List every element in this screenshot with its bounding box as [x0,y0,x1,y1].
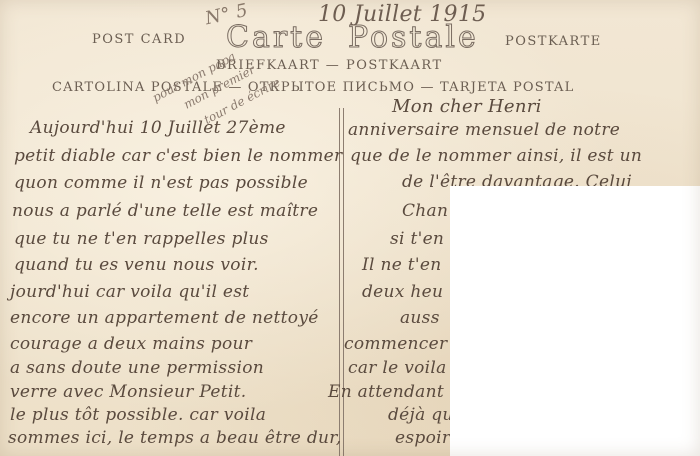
letter-line-right: Chan [402,201,448,221]
letter-line-right: car le voila [348,358,447,378]
date-annotation: 10 Juillet 1915 [318,2,486,27]
letter-line-right: anniversaire mensuel de notre [348,120,620,140]
letter-line-right: commencer [344,334,447,354]
letter-line-right: En attendant [328,382,444,402]
printed-multilingual-line: CARTOLINA POSTALE — ОТКРЫТОЕ ПИСЬМО — TA… [52,80,574,95]
letter-line: verre avec Monsieur Petit. [10,382,246,402]
white-cover-block [450,186,700,456]
letter-line: que tu ne t'en rappelles plus [14,229,269,249]
letter-greeting: Mon cher Henri [392,96,542,117]
letter-line: a sans doute une permission [10,358,264,378]
letter-line: Aujourd'hui 10 Juillet 27ème [30,118,286,138]
postcard-back: POST CARD Carte Postale POSTKARTE BRIEFK… [0,0,700,456]
letter-line: encore un appartement de nettoyé [10,308,319,328]
letter-line-right: si t'en [390,229,444,249]
letter-line-right: Il ne t'en [362,255,441,275]
letter-line: quon comme il n'est pas possible [14,173,308,193]
letter-line: petit diable car c'est bien le nommer [14,146,342,166]
letter-line-right: que de le nommer ainsi, il est un [350,146,642,166]
printed-postkarte: POSTKARTE [505,34,602,49]
letter-line-right: auss [400,308,440,328]
letter-line: courage a deux mains pour [10,334,252,354]
letter-line: sommes ici, le temps a beau être dur, [8,428,342,448]
letter-line: nous a parlé d'une telle est maître [12,201,318,221]
letter-line-right: espoir [395,428,450,448]
letter-line: quand tu es venu nous voir. [14,255,259,275]
printed-post-card: POST CARD [92,32,186,47]
letter-line: jourd'hui car voila qu'il est [10,282,249,302]
printed-carte-title: Carte [226,20,326,55]
letter-line: le plus tôt possible. car voila [10,405,266,425]
letter-line-right: deux heu [362,282,443,302]
